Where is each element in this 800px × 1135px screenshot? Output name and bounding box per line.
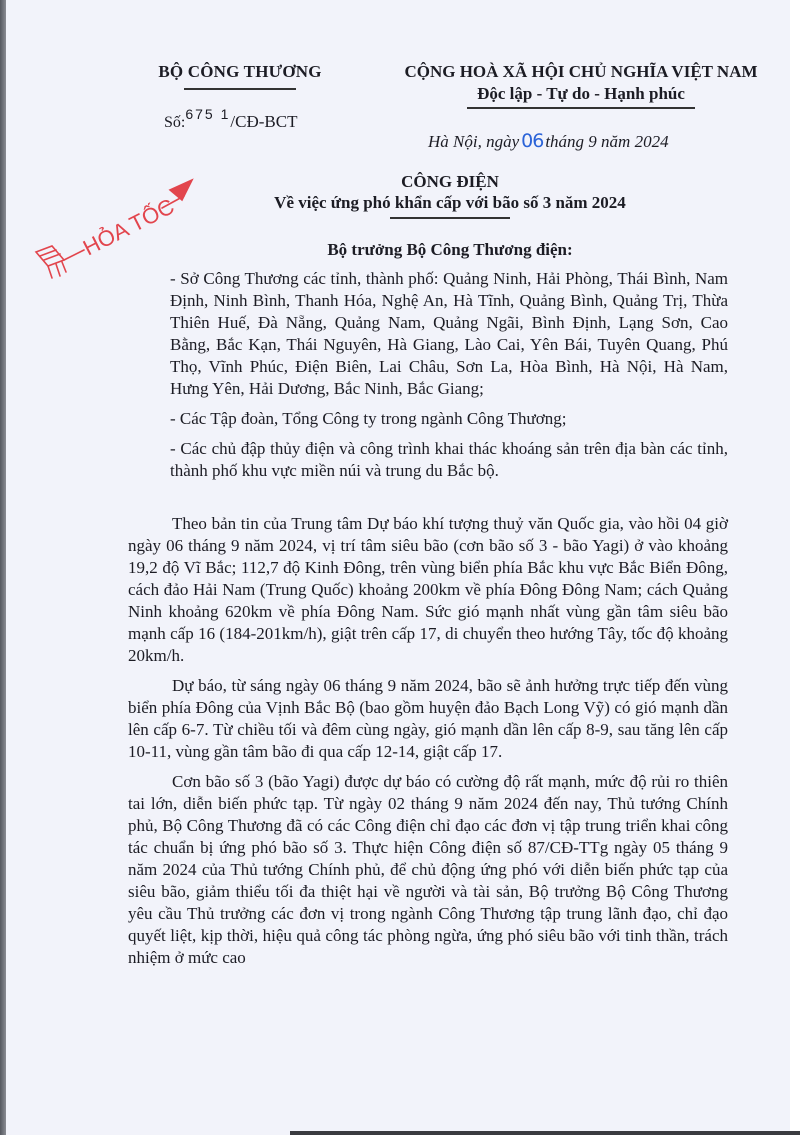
document-body: Theo bản tin của Trung tâm Dự báo khí tư… bbox=[128, 513, 728, 977]
recipients-list: - Sở Công Thương các tỉnh, thành phố: Qu… bbox=[170, 268, 728, 490]
number-prefix: Số: bbox=[164, 114, 185, 131]
motto-underline bbox=[467, 107, 695, 109]
recipient-item: - Các chủ đập thủy điện và công trình kh… bbox=[170, 438, 728, 482]
body-paragraph: Cơn bão số 3 (bão Yagi) được dự báo có c… bbox=[128, 771, 728, 969]
document-type: CÔNG ĐIỆN bbox=[200, 172, 700, 192]
scan-right-edge bbox=[790, 0, 800, 1135]
number-handwritten: 675 1 bbox=[185, 106, 230, 122]
subject-underline bbox=[390, 217, 510, 219]
ministry-underline bbox=[184, 88, 296, 90]
nation-name: CỘNG HOÀ XÃ HỘI CHỦ NGHĨA VIỆT NAM bbox=[376, 62, 786, 82]
scan-left-edge bbox=[0, 0, 6, 1135]
body-paragraph: Dự báo, từ sáng ngày 06 tháng 9 năm 2024… bbox=[128, 675, 728, 763]
date-suffix: tháng 9 năm 2024 bbox=[545, 132, 668, 151]
document-number: Số:675 1/CĐ-BCT bbox=[164, 112, 297, 132]
number-suffix: /CĐ-BCT bbox=[230, 112, 297, 131]
date-prefix: Hà Nội, ngày bbox=[428, 132, 519, 151]
recipient-item: - Sở Công Thương các tỉnh, thành phố: Qu… bbox=[170, 268, 728, 400]
national-motto: Độc lập - Tự do - Hạnh phúc bbox=[376, 84, 786, 104]
national-header-block: CỘNG HOÀ XÃ HỘI CHỦ NGHĨA VIỆT NAM Độc l… bbox=[376, 62, 786, 109]
document-title-block: CÔNG ĐIỆN Về việc ứng phó khẩn cấp với b… bbox=[200, 172, 700, 219]
body-paragraph: Theo bản tin của Trung tâm Dự báo khí tư… bbox=[128, 513, 728, 667]
scan-bottom-edge bbox=[290, 1131, 800, 1135]
date-day-handwritten: 06 bbox=[521, 130, 543, 152]
addressor-line: Bộ trưởng Bộ Công Thương điện: bbox=[200, 240, 700, 260]
document-page: BỘ CÔNG THƯƠNG Số:675 1/CĐ-BCT CỘNG HOÀ … bbox=[0, 0, 800, 1135]
ministry-name: BỘ CÔNG THƯƠNG bbox=[130, 62, 350, 82]
arrow-icon: HỎA TỐC bbox=[22, 160, 222, 280]
date-line: Hà Nội, ngày06tháng 9 năm 2024 bbox=[428, 130, 669, 152]
stamp-text: HỎA TỐC bbox=[78, 192, 178, 260]
issuing-agency-block: BỘ CÔNG THƯƠNG bbox=[130, 62, 350, 90]
urgent-stamp: HỎA TỐC bbox=[22, 160, 222, 280]
document-subject: Về việc ứng phó khẩn cấp với bão số 3 nă… bbox=[200, 193, 700, 213]
recipient-item: - Các Tập đoàn, Tổng Công ty trong ngành… bbox=[170, 408, 728, 430]
